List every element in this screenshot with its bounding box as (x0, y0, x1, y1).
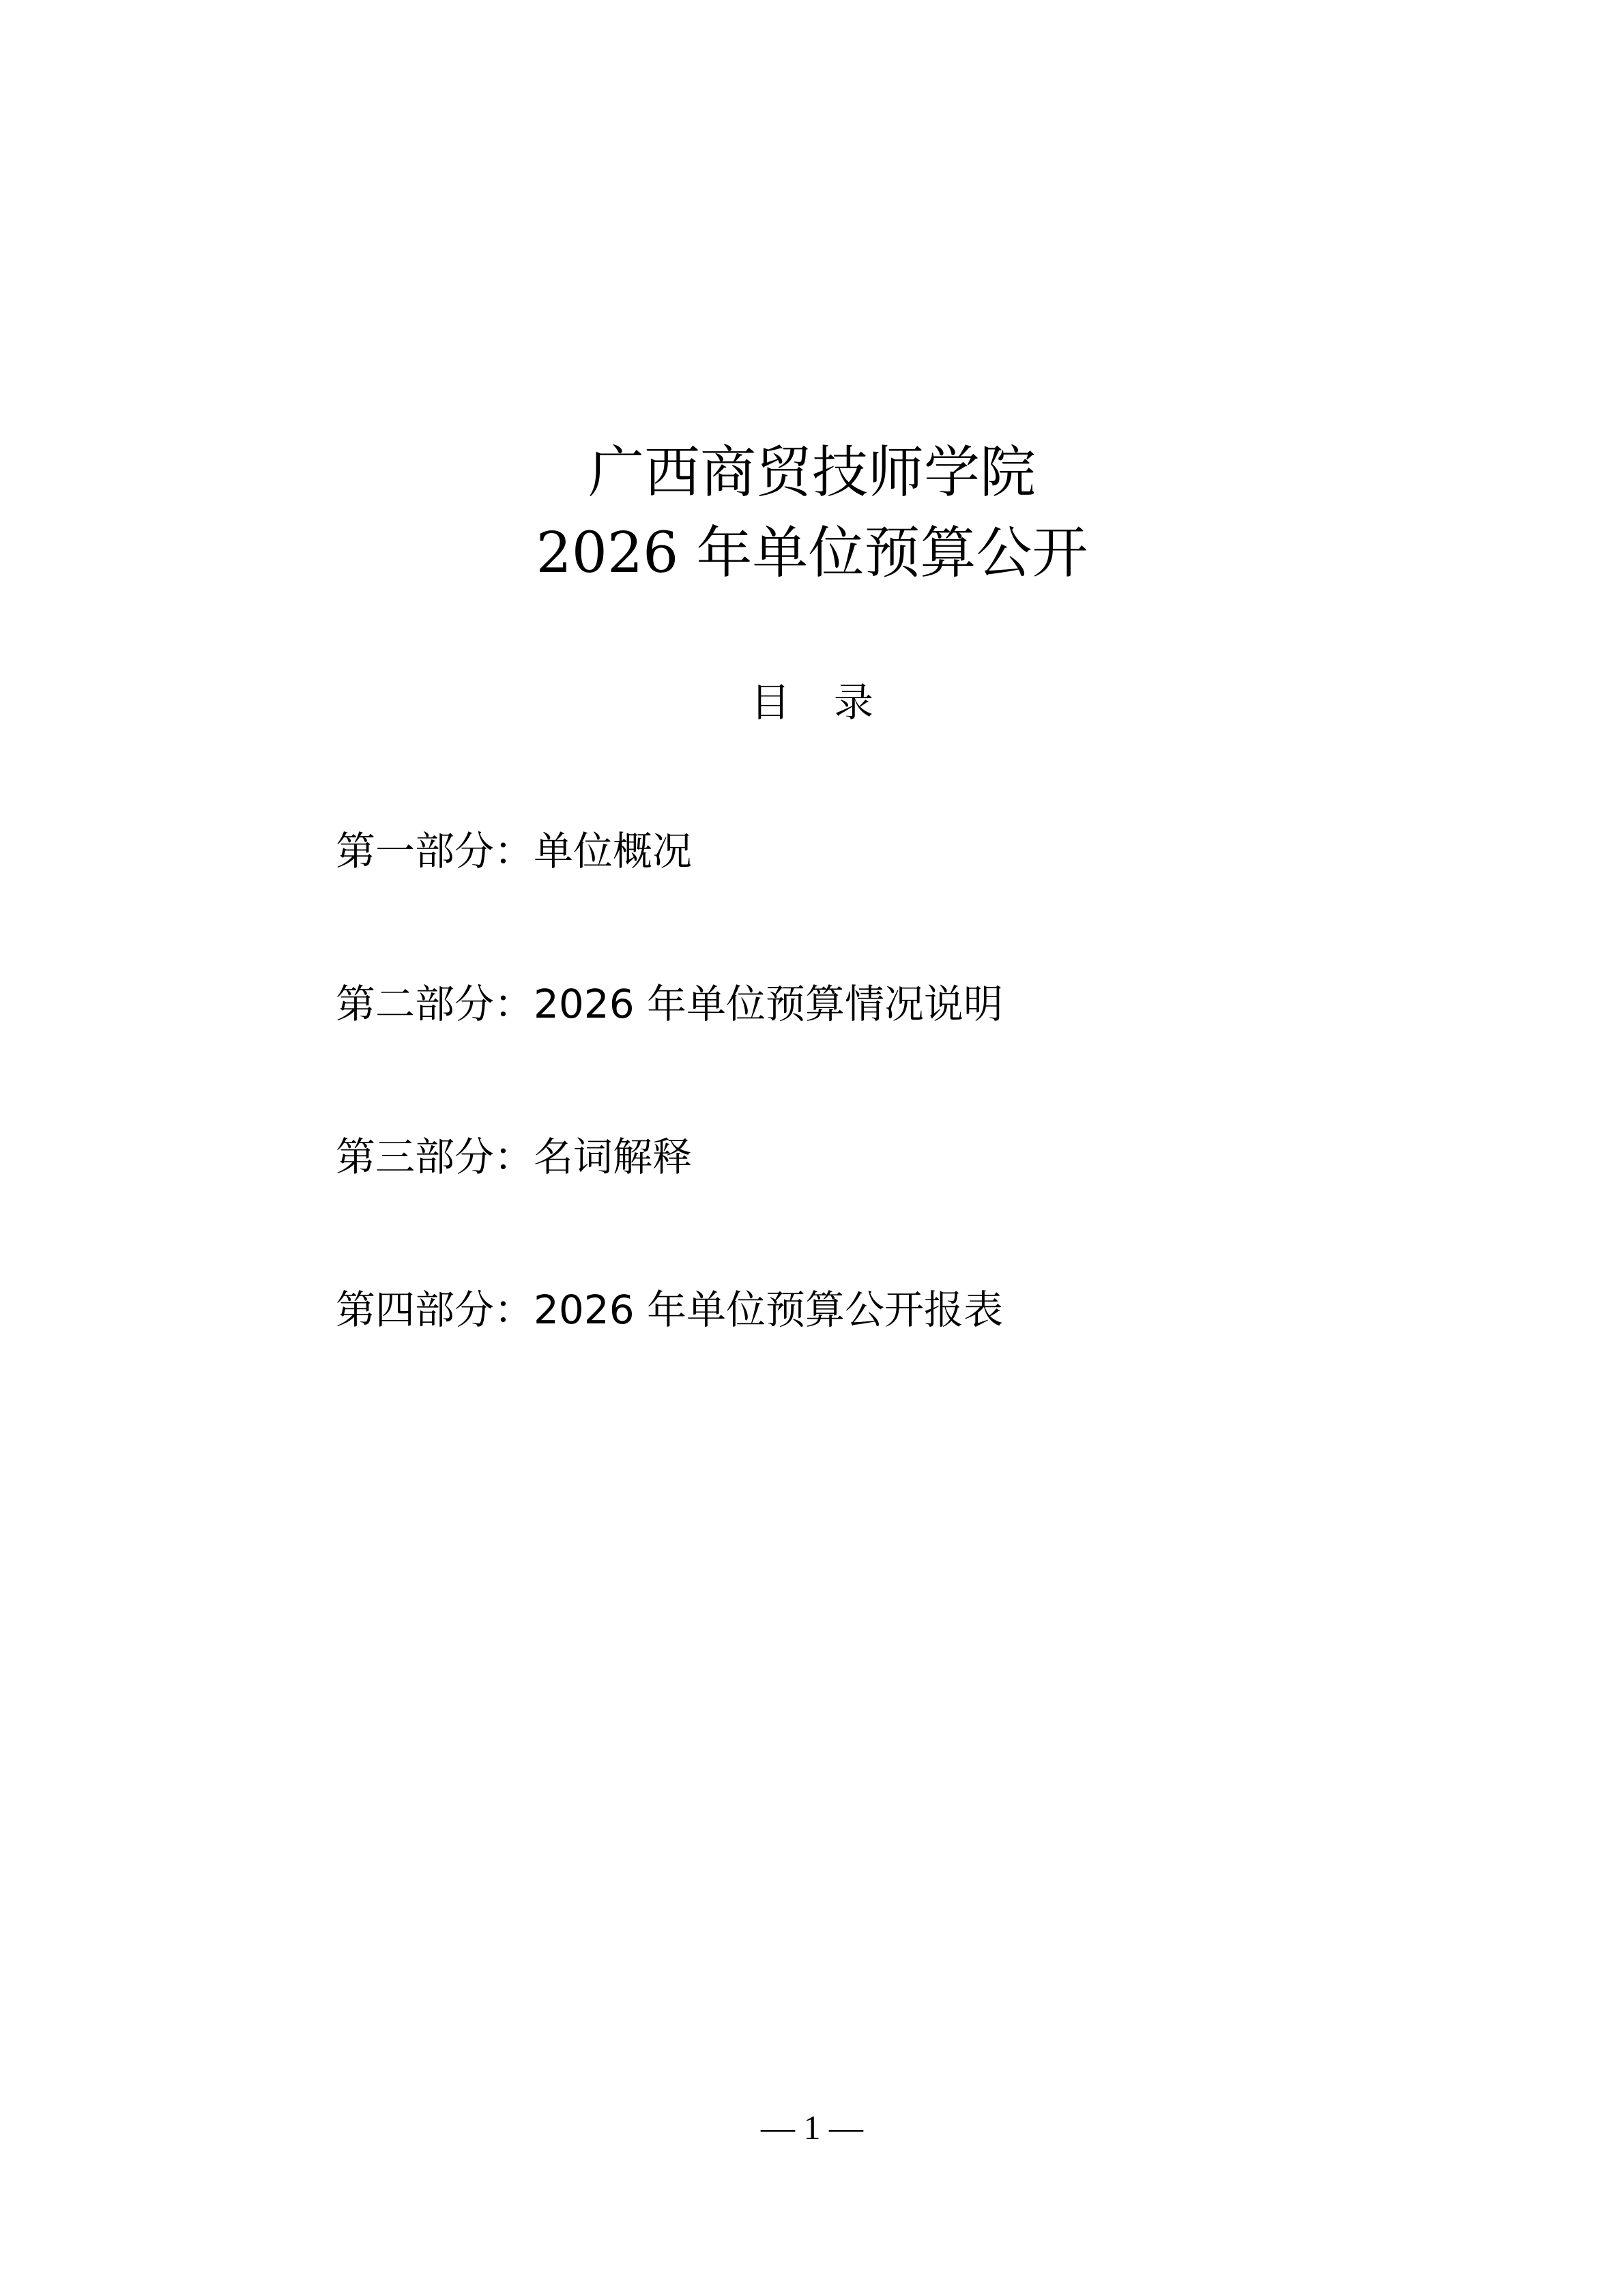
toc-item-part-3: 第三部分：名词解释 (336, 1137, 1003, 1177)
toc-item-label: 第一部分：单位概况 (336, 828, 692, 874)
document-title-subject: 2026 年单位预算公开 (0, 526, 1624, 582)
document-title-institution: 广西商贸技师学院 (0, 445, 1624, 501)
page-number: — 1 — (0, 2110, 1624, 2144)
table-of-contents: 第一部分：单位概况 第二部分：2026 年单位预算情况说明 第三部分：名词解释 … (336, 831, 1003, 1443)
toc-item-label: 第二部分：2026 年单位预算情况说明 (336, 981, 1003, 1027)
toc-item-part-1: 第一部分：单位概况 (336, 831, 1003, 871)
toc-heading: 目录 (0, 683, 1624, 722)
toc-item-part-2: 第二部分：2026 年单位预算情况说明 (336, 984, 1003, 1024)
toc-item-label: 第三部分：名词解释 (336, 1134, 692, 1180)
document-page: 广西商贸技师学院 2026 年单位预算公开 目录 第一部分：单位概况 第二部分：… (0, 0, 1624, 2296)
toc-item-part-4: 第四部分：2026 年单位预算公开报表 (336, 1290, 1003, 1330)
toc-item-label: 第四部分：2026 年单位预算公开报表 (336, 1287, 1003, 1333)
